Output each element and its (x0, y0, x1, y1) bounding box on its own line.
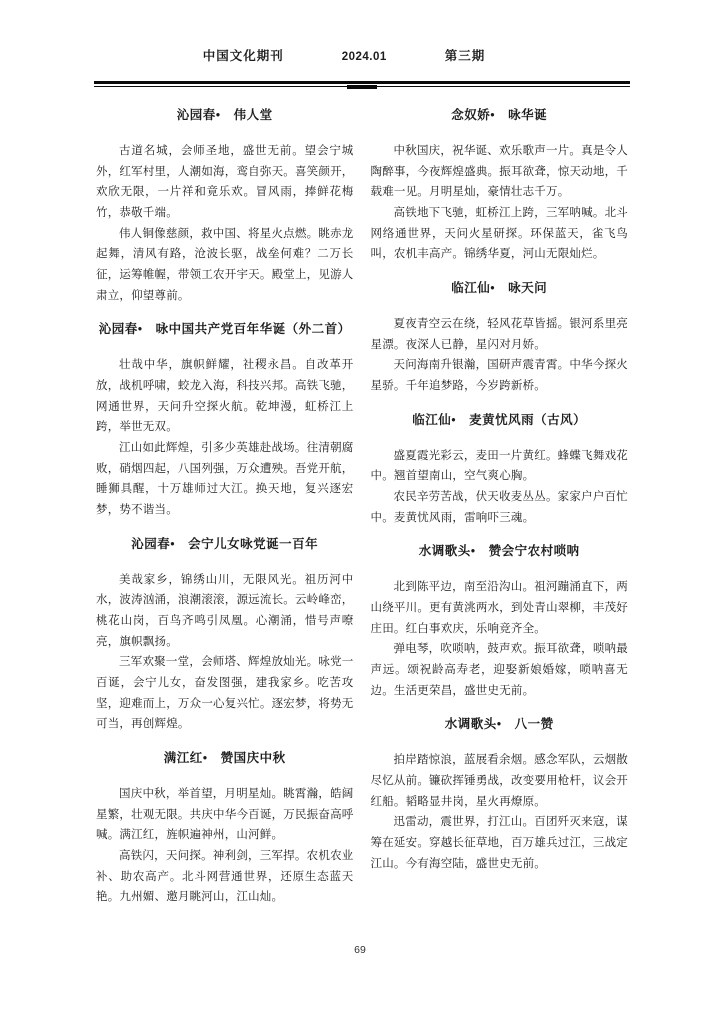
poem-title: 沁园春• 会宁儿女咏党诞一百年 (96, 536, 354, 553)
poem-title: 水调歌头• 赞会宁农村唢呐 (371, 543, 629, 560)
header-rule (96, 81, 628, 88)
journal-page: 中国文化期刊 2024.01 第三期 沁园春• 伟人堂古道名城，会师圣地，盛世无… (0, 0, 720, 1018)
poem: 水调歌头• 赞会宁农村唢呐北到陈平边，南至沿沟山。祖河蹦涌直下，两山绕平川。更有… (371, 543, 629, 701)
issue-number: 第三期 (445, 46, 486, 64)
poem-paragraph: 拍岸踏惊浪，蓝展看余烟。感念军队，云烟散尽忆从前。镰砍挥锤勇战，改变要用枪杆，议… (371, 750, 629, 812)
poem-paragraph: 中秋国庆，祝华诞、欢乐歌声一片。真是令人陶醉事，今夜辉煌盛典。振耳欲聋，惊天动地… (371, 141, 629, 203)
poem-paragraph: 江山如此辉煌，引多少英雄赴战场。往清朝腐败，硝烟四起，八国列强，万众遭殃。吾党开… (96, 438, 354, 521)
journal-title: 中国文化期刊 (203, 46, 284, 64)
poem-paragraph: 三军欢聚一堂，会师塔、辉煌放灿光。咏党一百诞，会宁儿女，奋发图强，建我家乡。吃苦… (96, 652, 354, 735)
poem-title: 满江红• 赞国庆中秋 (96, 750, 354, 767)
poem-paragraph: 伟人铜像慈颜，救中国、将星火点燃。眺赤龙起舞，清风有路，沧波长驱，战垒何难？二万… (96, 224, 354, 307)
page-number: 69 (354, 944, 366, 956)
poem-paragraph: 盛夏霞光彩云，麦田一片黄红。蜂蝶飞舞戏花中。翘首望南山，空气爽心胸。 (371, 446, 629, 487)
poem-paragraph: 夏夜青空云在绕，轻风花草皆摇。银河系里亮星漂。夜深人已静，星闪对月娇。 (371, 314, 629, 355)
poem-paragraph: 高铁地下飞驰，虹桥江上跨，三军呐喊。北斗网络通世界，天问火星研探。环保蓝天，雀飞… (371, 203, 629, 265)
poem-title: 念奴娇• 咏华诞 (371, 107, 629, 124)
right-column: 念奴娇• 咏华诞中秋国庆，祝华诞、欢乐歌声一片。真是令人陶醉事，今夜辉煌盛典。振… (371, 92, 629, 908)
poem-title: 临江仙• 麦黄忧风雨（古风） (371, 412, 629, 429)
poem-paragraph: 农民辛劳苦战，伏天收麦丛丛。家家户户百忙中。麦黄忧风雨，雷响吓三魂。 (371, 487, 629, 528)
poem: 沁园春• 会宁儿女咏党诞一百年美哉家乡，锦绣山川，无限风光。祖历河中水，波涛汹涌… (96, 536, 354, 735)
poem-title: 沁园春• 咏中国共产党百年华诞（外二首） (96, 321, 354, 338)
poem: 满江红• 赞国庆中秋国庆中秋，举首望，月明星灿。眺霄瀚，皓阔星繁，壮观无限。共庆… (96, 750, 354, 908)
poem: 临江仙• 咏天问夏夜青空云在绕，轻风花草皆摇。银河系里亮星漂。夜深人已静，星闪对… (371, 280, 629, 397)
poem-paragraph: 迅雷动，震世界，打江山。百团歼灭来寇，谋筹在延安。穿越长征草地，百万雄兵过江，三… (371, 812, 629, 874)
poem-paragraph: 北到陈平边，南至沿沟山。祖河蹦涌直下，两山绕平川。更有黄洮两水，到处青山翠柳，丰… (371, 577, 629, 639)
poem-paragraph: 国庆中秋，举首望，月明星灿。眺霄瀚，皓阔星繁，壮观无限。共庆中华今百诞，万民振奋… (96, 784, 354, 846)
poem-paragraph: 天问海南升银瀚，国研声震青霄。中华今探火星骄。千年追梦路，今岁跨新桥。 (371, 355, 629, 396)
poem-paragraph: 美哉家乡，锦绣山川，无限风光。祖历河中水，波涛汹涌，浪潮滚滚，源远流长。云岭峰峦… (96, 570, 354, 653)
poem: 水调歌头• 八一赞拍岸踏惊浪，蓝展看余烟。感念军队，云烟散尽忆从前。镰砍挥锤勇战… (371, 716, 629, 874)
page-header: 中国文化期刊 2024.01 第三期 (78, 46, 610, 64)
page-footer: 69 (0, 944, 720, 956)
header-rule-top-line (94, 81, 630, 84)
poem-title: 水调歌头• 八一赞 (371, 716, 629, 733)
left-column: 沁园春• 伟人堂古道名城，会师圣地，盛世无前。望会宁城外，红军村里，人潮如海，鸾… (96, 92, 354, 908)
issue-date: 2024.01 (342, 51, 387, 63)
poem-paragraph: 弹电琴，吹唢呐，鼓声欢。振耳欲聋，唢呐最声远。颂祝龄高寿老，迎娶新娘婚嫁，唢呐喜… (371, 639, 629, 701)
poem: 沁园春• 伟人堂古道名城，会师圣地，盛世无前。望会宁城外，红军村里，人潮如海，鸾… (96, 107, 354, 306)
header-rule-center-tab (347, 85, 377, 89)
content-columns: 沁园春• 伟人堂古道名城，会师圣地，盛世无前。望会宁城外，红军村里，人潮如海，鸾… (96, 92, 628, 908)
poem-paragraph: 古道名城，会师圣地，盛世无前。望会宁城外，红军村里，人潮如海，鸾自弥天。喜笑颜开… (96, 141, 354, 224)
poem-paragraph: 壮哉中华，旗帜鲜耀，社稷永昌。自改革开放，战机呼啸，蛟龙入海，科技兴邦。高铁飞驰… (96, 355, 354, 438)
poem-title: 沁园春• 伟人堂 (96, 107, 354, 124)
poem: 沁园春• 咏中国共产党百年华诞（外二首）壮哉中华，旗帜鲜耀，社稷永昌。自改革开放… (96, 321, 354, 520)
poem: 临江仙• 麦黄忧风雨（古风）盛夏霞光彩云，麦田一片黄红。蜂蝶飞舞戏花中。翘首望南… (371, 412, 629, 529)
poem-title: 临江仙• 咏天问 (371, 280, 629, 297)
poem-paragraph: 高铁闪，天问探。神利剑，三军捍。农机农业补、助农高产。北斗网营通世界，还原生态蓝… (96, 846, 354, 908)
poem: 念奴娇• 咏华诞中秋国庆，祝华诞、欢乐歌声一片。真是令人陶醉事，今夜辉煌盛典。振… (371, 107, 629, 265)
